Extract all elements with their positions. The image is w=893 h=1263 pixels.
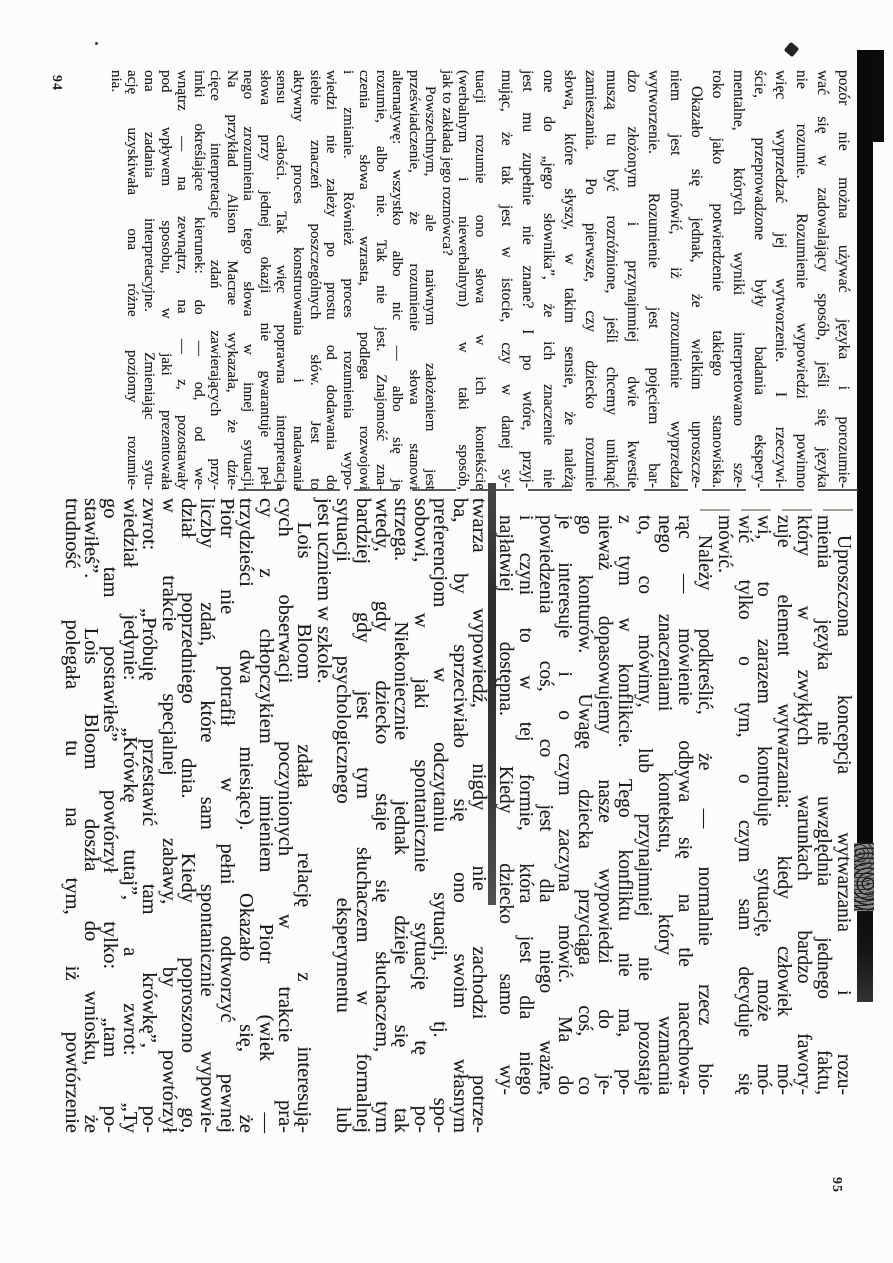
text-line-p94-4: więc wyprzedzać jej wytworzenie. I rzecz… [771, 70, 789, 488]
text-line-p94-12: muszą tu być rozróżnione, jeśli chcemy u… [602, 70, 620, 488]
text-line-p94-34: cięce interpretacje zdań zawierających p… [207, 70, 222, 490]
text-line-p94-36: wnątrz — na zewnątrz, na — z, pozostawał… [174, 70, 189, 490]
text-line-p94-32: nego zrozumienia tego słowa w innej sytu… [240, 70, 255, 490]
page-number-94: 94 [48, 75, 64, 91]
text-line-p95-10: nego znaczeniami kontekstu, który wzmacn… [655, 515, 674, 1095]
book-edge-shadow-top [871, 50, 884, 142]
text-line-p95-39: stawiłeś”. Lois Bloom doszła do wniosku,… [81, 498, 100, 1133]
dust-speck [95, 42, 98, 45]
text-line-p95-37: wiedział jedynie: „Krówkę tutaj”, a zwro… [120, 498, 139, 1133]
text-line-p94-30: sensu całości. Tak więc poprawna interpr… [273, 70, 288, 490]
text-line-p94-33: Na przykład Alison Macrae wykazała, że d… [224, 70, 239, 490]
text-line-p95-24: wtedy, gdy dziecko staje się słuchaczem,… [372, 498, 391, 1133]
dust-speck [818, 947, 821, 950]
text-line-p95-5: wi, to zarazem kontroluje sytuację, może… [754, 515, 773, 1095]
text-line-p95-35: w trakcie specjalnej zabawy, by powtórzy… [159, 498, 178, 1133]
text-line-p95-28: Lois Bloom zdała relację z interesują- [294, 498, 313, 1133]
text-line-p95-16: powiedzenia coś, co jest dla niego ważne… [536, 515, 555, 1095]
text-line-p94-31: słowa przy jednej okazji nie gwarantuje … [257, 70, 272, 490]
copy-seam-stripe [488, 483, 496, 905]
text-line-p95-18: najłatwiej dostępna. Kiedy dziecko samo … [496, 515, 515, 1095]
text-line-p95-23: strzega. Niekoniecznie jednak dzieje się… [391, 498, 410, 1133]
text-line-p94-19: (werbalnym i niewerbalnym) w taki sposób… [455, 70, 470, 490]
text-line-p94-7: roko jako potwierdzenie takiego stanowis… [708, 70, 726, 488]
text-line-p95-4: zuje element wytwarzania: kiedy człowiek… [774, 515, 793, 1095]
text-line-p95-25: bardziej gdy jest tym słuchaczem w forma… [353, 498, 372, 1133]
text-line-p94-26: i zmianie. Również proces rozumienia wyp… [340, 70, 355, 490]
text-line-p95-13: nieważ dopasowujemy nasze wypowiedzi do … [595, 515, 614, 1095]
dust-speck [127, 372, 129, 374]
text-line-p94-18: tuacji rozumie ono słowa w ich kontekści… [472, 70, 487, 490]
page-gutter-rule-2 [700, 509, 857, 511]
text-line-p95-8: Należy podkreślić, że — normalnie rzecz … [695, 515, 714, 1095]
ink-blob [784, 42, 799, 57]
text-line-p94-28: siebie znaczeń poszczególnych słów. Jest… [307, 70, 322, 490]
text-line-p94-38: ona zadania interpretacyjne. Zmieniając … [141, 70, 156, 490]
text-line-p94-6: mentalne, których wyniki interpretowano … [729, 70, 747, 488]
edge-speckle-noise [854, 843, 874, 911]
text-line-p94-27: wiedzi nie zależy po prostu od dodawania… [323, 70, 338, 490]
text-line-p95-36: zwrot: „Próbuję przestawić tam krówkę”, … [139, 498, 158, 1133]
text-line-p95-30: cy z chłopczykiem imieniem Piotr (wiek — [256, 498, 275, 1133]
text-line-p95-31: trzydzieści dwa miesiące). Okazało się, … [236, 498, 255, 1133]
text-line-p95-17: i czyni to w tej formie, która jest dla … [516, 515, 535, 1095]
text-line-p95-7: mówić. [715, 515, 734, 1095]
text-line-p94-16: jest mu zupełnie nie znane? I po wtóre, … [518, 70, 536, 488]
text-line-p95-2: mienia języka nie uwzględnia jednego fak… [814, 515, 833, 1095]
text-line-p95-29: cych obserwacji poczynionych w trakcie p… [275, 498, 294, 1133]
text-line-p94-40: nia. [108, 70, 123, 490]
text-line-p95-19: twarza wypowiedź, nigdy nie zachodzi pot… [469, 498, 488, 1133]
scanned-book-spread: pozór nie można używać języka i porozumi… [0, 0, 893, 1263]
text-line-p94-15: one do „jego słownika”, że ich znaczenie… [539, 70, 557, 488]
text-line-p94-11: dzo złożonym i przynajmniej dwie kwestie [623, 70, 641, 488]
text-line-p95-3: który w zwykłych warunkach bardzo fawory… [794, 515, 813, 1095]
text-line-p94-20: jak to zakłada jego rozmówca? [439, 70, 454, 490]
text-line-p95-14: go konturów. Uwagę dziecka przyciąga coś… [575, 515, 594, 1095]
text-line-p95-32: Piotr nie potrafił w pełni odtworzyć pew… [217, 498, 236, 1133]
text-line-p95-33: liczby zdań, które sam spontanicznie wyp… [197, 498, 216, 1133]
text-line-p94-14: słowa, które słyszy, w takim sensie, że … [560, 70, 578, 488]
text-line-p94-17: mując, że tak jest w istocie, czy w dane… [497, 70, 515, 488]
text-line-p94-3: nie rozumie. Rozumienie wypowiedzi powin… [792, 70, 810, 488]
text-line-p95-40: trudność polegała tu na tym, iż powtórze… [62, 498, 81, 1133]
text-line-p95-9: rąc — mówienie odbywa się na tle nacecho… [675, 515, 694, 1095]
text-line-p94-35: imki określające kierunek: do — od, od w… [191, 70, 206, 490]
text-line-p95-20: ba, by sprzeciwiało się ono swoim własny… [450, 498, 469, 1133]
page-number-95: 95 [828, 1177, 844, 1193]
text-line-p94-39: ację uzyskiwała ona różne poziomy rozumi… [124, 70, 139, 490]
text-line-p94-22: przeświadczenie, że rozumienie słowa sta… [406, 70, 421, 490]
text-line-p95-12: z tym w konflikcie. Tego konfliktu nie m… [615, 515, 634, 1095]
text-line-p95-11: to, co mówimy, lub przynajmniej nie pozo… [635, 515, 654, 1095]
text-line-p95-38: go tam postawiłeś” powtórzył tylko: „tam… [100, 498, 119, 1133]
text-line-p94-2: wać się w zadowalający sposób, jeśli się… [813, 70, 831, 488]
text-line-p94-13: zamieszania. Po pierwsze, czy dziecko ro… [581, 70, 599, 488]
text-line-p95-21: preferencjom w odczytaniu sytuacji, tj. … [430, 498, 449, 1133]
page-gutter-rule [238, 489, 858, 491]
text-line-p94-24: rozumie, albo nie. Tak nie jest. Znajomo… [373, 70, 388, 490]
text-line-p94-29: aktywny proces konstruowania i nadawania [290, 70, 305, 490]
text-line-p94-1: pozór nie można używać języka i porozumi… [834, 70, 852, 488]
text-line-p95-1: Uproszczona koncepcja wytwarzania i rozu… [834, 515, 853, 1095]
text-line-p95-26: sytuacji psychologicznego eksperymentu l… [333, 498, 352, 1133]
text-line-p94-10: wytworzenie. Rozumienie jest pojęciem ba… [644, 70, 662, 488]
text-line-p95-27: jest uczniem w szkole. [314, 498, 333, 1133]
text-line-p95-6: wić tylko o tym, o czym sam decyduje się [735, 515, 754, 1095]
text-line-p94-9: niem jest mówić, iż zrozumienie wyprzedz… [666, 70, 684, 488]
text-line-p94-8: Okazało się jednak, że wielkim uproszcze… [687, 70, 705, 488]
text-line-p94-23: alternatywę: wszystko albo nic — albo si… [389, 70, 404, 490]
text-line-p94-21: Powszechnym, ale naiwnym założeniem jest [422, 70, 437, 490]
text-line-p94-37: pod wpływem sposobu, w jaki prezentowała [158, 70, 173, 490]
text-line-p95-22: sobowi, w jaki spontanicznie sytuację tę… [411, 498, 430, 1133]
text-line-p95-15: je interesuje i o czym zaczyna mówić. Ma… [555, 515, 574, 1095]
text-line-p94-25: czenia słowa wzrasta, podlega rozwojowi [356, 70, 371, 490]
text-line-p94-5: ście, przeprowadzone były badania eksper… [750, 70, 768, 488]
text-line-p95-34: dział poprzedniego dnia. Kiedy poproszon… [178, 498, 197, 1133]
